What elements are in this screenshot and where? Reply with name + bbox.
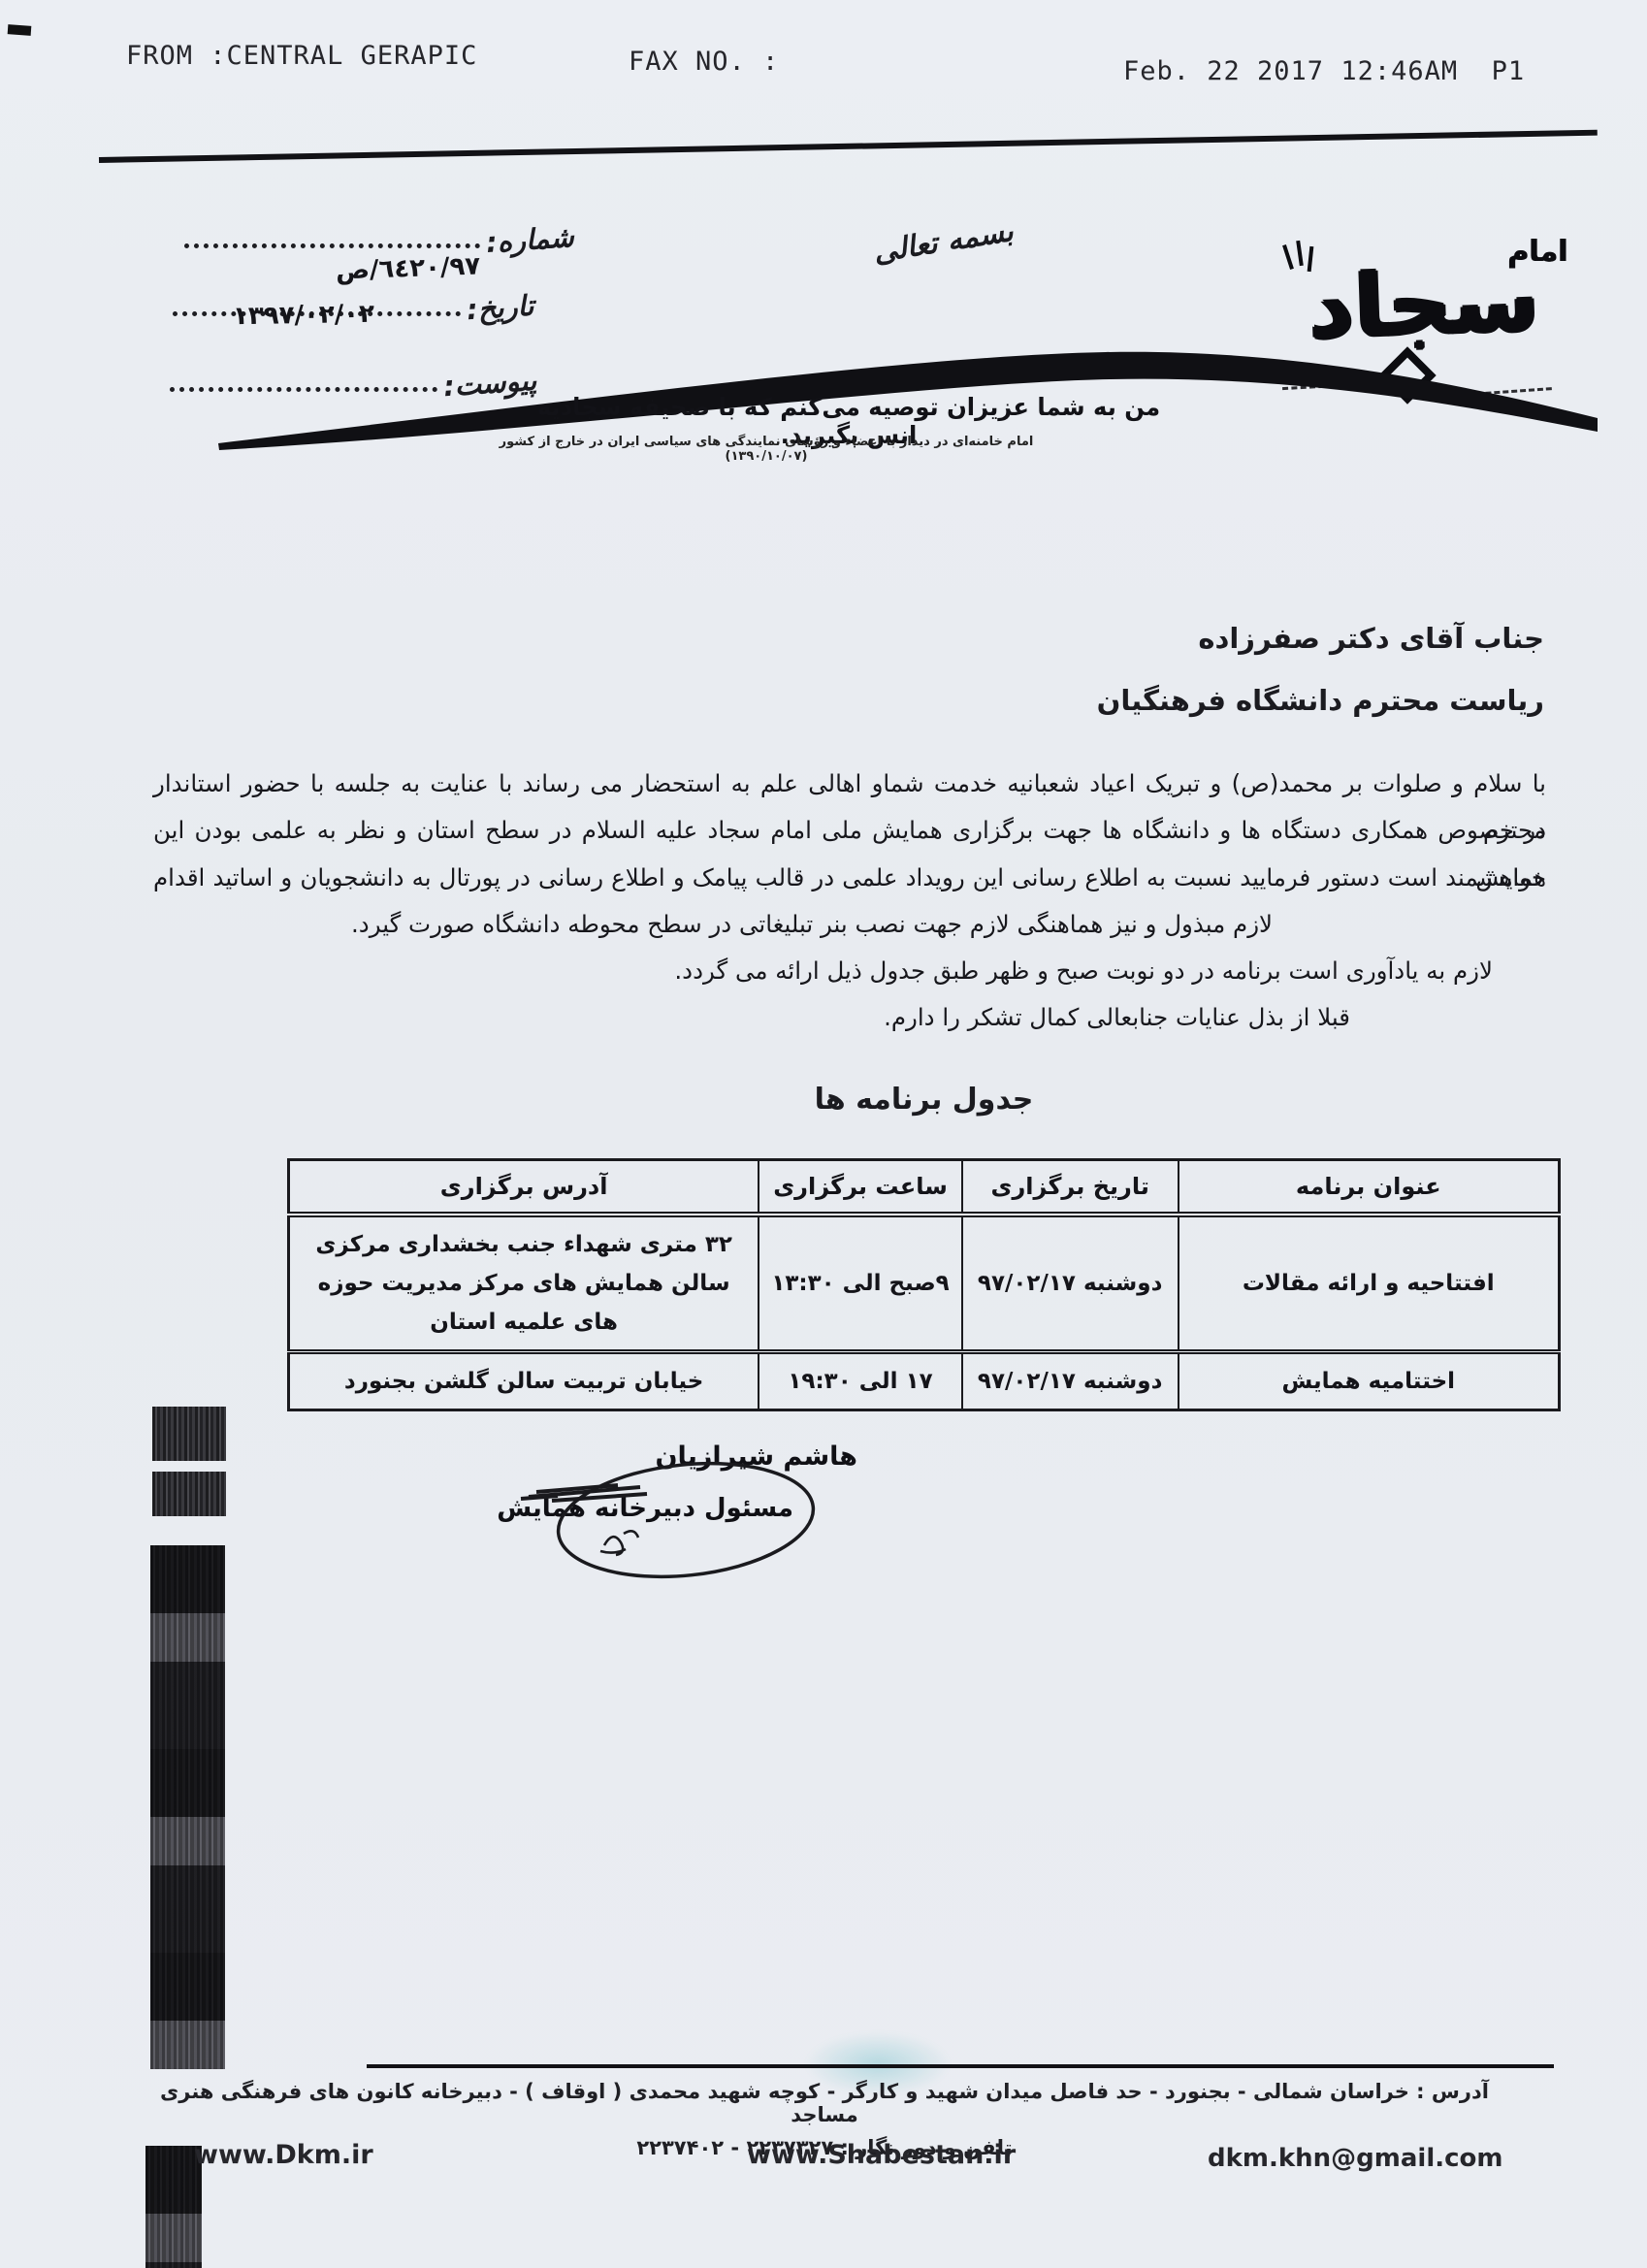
footer-email: dkm.khn@gmail.com [1208,2144,1503,2173]
cell-date: دوشنبه ۹۷/۰۲/۱۷ [962,1352,1179,1410]
cell-time: ۹صبح الی ۱۳:۳۰ [759,1215,962,1352]
body-line: قبلا از بذل عنایات جنابعالی کمال تشکر را… [153,994,1546,1041]
table-row: افتتاحیه و ارائه مقالات دوشنبه ۹۷/۰۲/۱۷ … [289,1215,1560,1352]
cell-time: ۱۷ الی ۱۹:۳۰ [759,1352,962,1410]
recipient-title: ریاست محترم دانشگاه فرهنگیان [970,669,1544,731]
body-line: لازم به یادآوری است برنامه در دو نوبت صب… [153,948,1546,994]
body-line: لازم مبذول و نیز هماهنگی لازم جهت نصب بن… [153,901,1546,948]
cell-program: افتتاحیه و ارائه مقالات [1179,1215,1560,1352]
field-number: شماره: [184,223,574,256]
scan-artifact [152,1472,226,1516]
bismillah-text: بسمه تعالی [871,214,1016,270]
schedule-title: جدول برنامه ها [287,1083,1561,1117]
number-dotted-line [184,243,480,248]
col-header-address: آدرس برگزاری [289,1160,759,1215]
fax-from: FROM :CENTRAL GERAPIC [126,41,477,71]
scan-artifact [150,1545,225,2069]
number-value: ص/٦٤٢٠/٩٧ [336,251,481,285]
body-line: خواهشمند است دستور فرمایید نسبت به اطلاع… [153,855,1546,901]
scan-artifact [152,1407,226,1461]
cell-address: خیابان تربیت سالن گلشن بجنورد [289,1352,759,1410]
col-header-program: عنوان برنامه [1179,1160,1560,1215]
body-line: در خصوص همکاری دستگاه ها و دانشگاه ها جه… [153,807,1546,854]
footer-rule [367,2064,1554,2068]
cell-date: دوشنبه ۹۷/۰۲/۱۷ [962,1215,1179,1352]
cell-address: ۳۲ متری شهداء جنب بخشداری مرکزی سالن هما… [289,1215,759,1352]
website-shabestan: www.Shabestan.ir [747,2140,1016,2170]
top-rule [99,130,1598,163]
scan-mark [8,24,32,36]
footer-address: آدرس : خراسان شمالی - بجنورد - حد فاصل م… [155,2080,1494,2126]
col-header-date: تاریخ برگزاری [962,1160,1179,1215]
recipient-block: جناب آقای دکتر صفرزاده ریاست محترم دانشگ… [970,607,1544,731]
fax-number-label: FAX NO. : [629,47,779,77]
col-header-time: ساعت برگزاری [759,1160,962,1215]
body-line: با سلام و صلوات بر محمد(ص) و تبریک اعیاد… [153,761,1546,807]
fax-page: FROM :CENTRAL GERAPIC FAX NO. : Feb. 22 … [0,0,1647,2268]
table-header-row: عنوان برنامه تاریخ برگزاری ساعت برگزاری … [289,1160,1560,1215]
slogan-attribution: امام خامنه‌ای در دیدار با اعضاء و رؤسای … [456,435,1077,464]
fax-datetime: Feb. 22 2017 12:46AM P1 [1123,56,1525,86]
table-row: اختتامیه همایش دوشنبه ۹۷/۰۲/۱۷ ۱۷ الی ۱۹… [289,1352,1560,1410]
letter-body: با سلام و صلوات بر محمد(ص) و تبریک اعیاد… [153,761,1546,1042]
recipient-name: جناب آقای دکتر صفرزاده [970,607,1544,669]
number-label: شماره: [485,220,575,259]
handwritten-signature [500,1450,868,1605]
schedule-table: عنوان برنامه تاریخ برگزاری ساعت برگزاری … [287,1158,1561,1411]
website-dkm: www.Dkm.ir [194,2140,373,2170]
cell-program: اختتامیه همایش [1179,1352,1560,1410]
